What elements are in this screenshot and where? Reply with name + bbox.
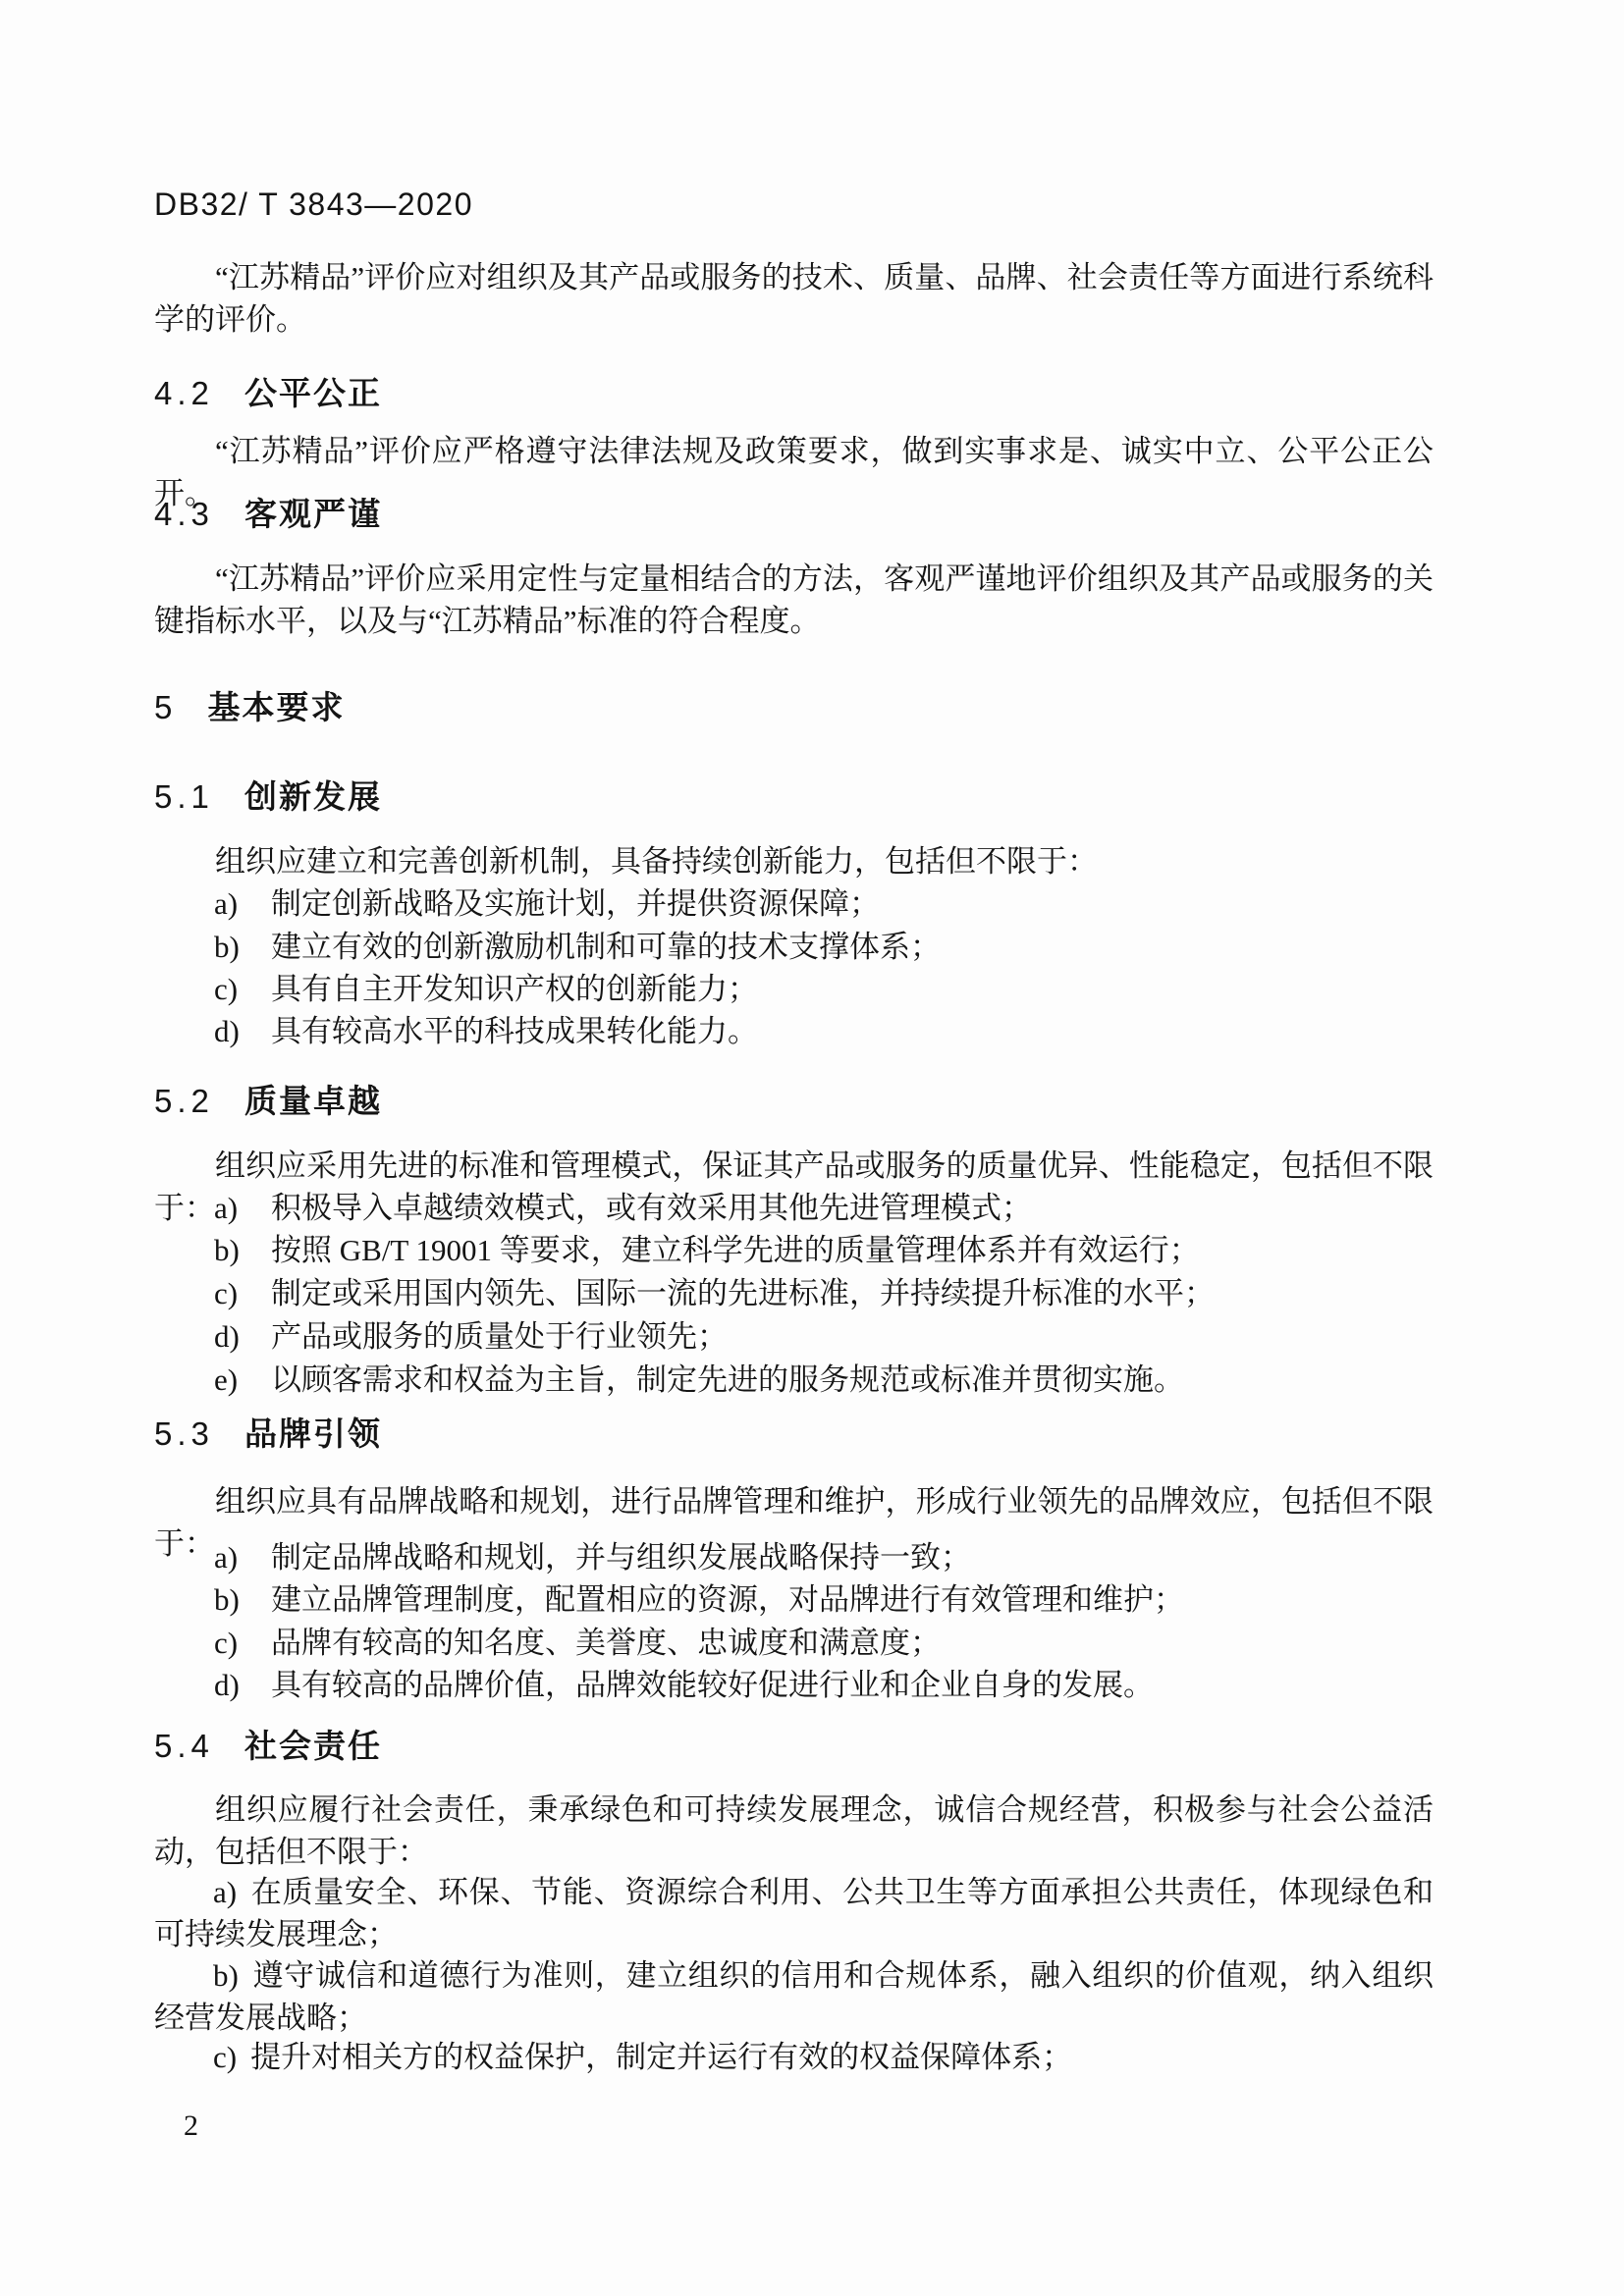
list-item-text: 在质量安全、环保、节能、资源综合利用、公共卫生等方面承担公共责任，体现绿色和可持… [154,1875,1434,1951]
clause-5-2-item-e: e)以顾客需求和权益为主旨，制定先进的服务规范或标准并贯彻实施。 [154,1359,1434,1401]
clause-5-1-title: 创新发展 [244,778,382,815]
clause-5-2-title: 质量卓越 [244,1083,382,1119]
clause-4-2-heading: 4.2 公平公正 [154,373,1434,414]
list-item-text: 按照 GB/T 19001 等要求，建立科学先进的质量管理体系并有效运行； [271,1233,1200,1267]
scanned-standard-page: { "document": { "header": "DB32/ T 3843—… [0,0,1624,2296]
list-marker: e) [214,1359,245,1401]
list-item-text: 具有较高的品牌价值，品牌效能较好促进行业和企业自身的发展。 [271,1668,1154,1702]
list-item-text: 产品或服务的质量处于行业领先； [271,1319,728,1354]
clause-5-3-item-b: b)建立品牌管理制度，配置相应的资源，对品牌进行有效管理和维护； [154,1578,1434,1621]
clause-5-title: 基本要求 [208,689,346,725]
clause-5-2-item-b: b)按照 GB/T 19001 等要求，建立科学先进的质量管理体系并有效运行； [154,1229,1434,1271]
list-item-text: 建立有效的创新激励机制和可靠的技术支撑体系； [271,930,941,964]
clause-5-3-item-a: a)制定品牌战略和规划，并与组织发展战略保持一致； [154,1536,1434,1578]
list-item-text: 制定品牌战略和规划，并与组织发展战略保持一致； [271,1540,971,1575]
clause-5-number: 5 [154,689,177,725]
list-marker: a) [214,882,245,925]
list-marker: c) [213,2040,237,2074]
list-item-text: 具有自主开发知识产权的创新能力； [271,972,758,1006]
list-marker: c) [214,1272,245,1314]
clause-5-4-title: 社会责任 [244,1728,382,1764]
list-item-text: 制定创新战略及实施计划，并提供资源保障； [271,886,880,921]
clause-5-1-intro-paragraph: 组织应建立和完善创新机制，具备持续创新能力，包括但不限于： [154,840,1434,882]
clause-5-1-heading: 5.1 创新发展 [154,776,1434,818]
list-marker: c) [214,1622,245,1664]
list-item-text: 遵守诚信和道德行为准则，建立组织的信用和合规体系，融入组织的价值观，纳入组织经营… [154,1958,1434,2035]
page-number: 2 [184,2109,198,2144]
clause-5-3-heading: 5.3 品牌引领 [154,1414,1434,1455]
clause-5-3-item-d: d)具有较高的品牌价值，品牌效能较好促进行业和企业自身的发展。 [154,1664,1434,1706]
clause-5-2-heading: 5.2 质量卓越 [154,1081,1434,1122]
clause-4-3-number: 4.3 [154,496,214,532]
clause-5-4-heading: 5.4 社会责任 [154,1726,1434,1767]
clause-4-3-heading: 4.3 客观严谨 [154,494,1434,535]
clause-5-3-title: 品牌引领 [244,1415,382,1452]
clause-4-3-title: 客观严谨 [244,496,382,532]
clause-4-2-title: 公平公正 [244,375,382,411]
list-item-text: 制定或采用国内领先、国际一流的先进标准，并持续提升标准的水平； [271,1276,1215,1310]
list-item-text: 提升对相关方的权益保护，制定并运行有效的权益保障体系； [250,2040,1072,2074]
list-item-text: 积极导入卓越绩效模式，或有效采用其他先进管理模式； [271,1191,1032,1225]
clause-5-4-item-a: a)在质量安全、环保、节能、资源综合利用、公共卫生等方面承担公共责任，体现绿色和… [154,1871,1434,1955]
clause-5-1-number: 5.1 [154,778,214,815]
clause-5-heading: 5 基本要求 [154,687,1434,728]
list-item-text: 以顾客需求和权益为主旨，制定先进的服务规范或标准并贯彻实施。 [271,1362,1184,1397]
list-marker: d) [214,1664,245,1706]
clause-5-2-item-a: a)积极导入卓越绩效模式，或有效采用其他先进管理模式； [154,1187,1434,1229]
document-code-header: DB32/ T 3843—2020 [154,185,1434,224]
list-item-text: 品牌有较高的知名度、美誉度、忠诚度和满意度； [271,1626,941,1660]
list-item-text: 建立品牌管理制度，配置相应的资源，对品牌进行有效管理和维护； [271,1582,1184,1617]
list-marker: c) [214,968,245,1010]
clause-5-3-item-c: c)品牌有较高的知名度、美誉度、忠诚度和满意度； [154,1622,1434,1664]
list-marker: d) [214,1315,245,1358]
list-marker: b) [213,1958,239,1993]
clause-4-1-continuation-paragraph: “江苏精品”评价应对组织及其产品或服务的技术、质量、品牌、社会责任等方面进行系统… [154,256,1434,341]
clause-5-4-item-c: c)提升对相关方的权益保护，制定并运行有效的权益保障体系； [154,2036,1434,2078]
clause-5-2-number: 5.2 [154,1083,214,1119]
list-marker: b) [214,1578,245,1621]
clause-5-2-item-d: d)产品或服务的质量处于行业领先； [154,1315,1434,1358]
page-content: DB32/ T 3843—2020 “江苏精品”评价应对组织及其产品或服务的技术… [154,0,1434,2296]
clause-5-4-item-b: b)遵守诚信和道德行为准则，建立组织的信用和合规体系，融入组织的价值观，纳入组织… [154,1954,1434,2039]
clause-4-2-number: 4.2 [154,375,214,411]
list-marker: a) [214,1187,245,1229]
list-marker: b) [214,1229,245,1271]
clause-4-3-paragraph: “江苏精品”评价应采用定性与定量相结合的方法，客观严谨地评价组织及其产品或服务的… [154,558,1434,642]
clause-5-1-item-c: c)具有自主开发知识产权的创新能力； [154,968,1434,1010]
list-marker: a) [214,1536,245,1578]
list-marker: b) [214,926,245,968]
clause-5-2-item-c: c)制定或采用国内领先、国际一流的先进标准，并持续提升标准的水平； [154,1272,1434,1314]
list-marker: a) [213,1875,237,1909]
clause-5-4-intro-paragraph: 组织应履行社会责任，秉承绿色和可持续发展理念，诚信合规经营，积极参与社会公益活动… [154,1789,1434,1873]
clause-5-1-item-b: b)建立有效的创新激励机制和可靠的技术支撑体系； [154,926,1434,968]
list-marker: d) [214,1010,245,1052]
list-item-text: 具有较高水平的科技成果转化能力。 [271,1014,758,1048]
clause-5-3-number: 5.3 [154,1415,214,1452]
clause-5-4-number: 5.4 [154,1728,214,1764]
clause-5-1-item-d: d)具有较高水平的科技成果转化能力。 [154,1010,1434,1052]
clause-5-1-item-a: a)制定创新战略及实施计划，并提供资源保障； [154,882,1434,925]
